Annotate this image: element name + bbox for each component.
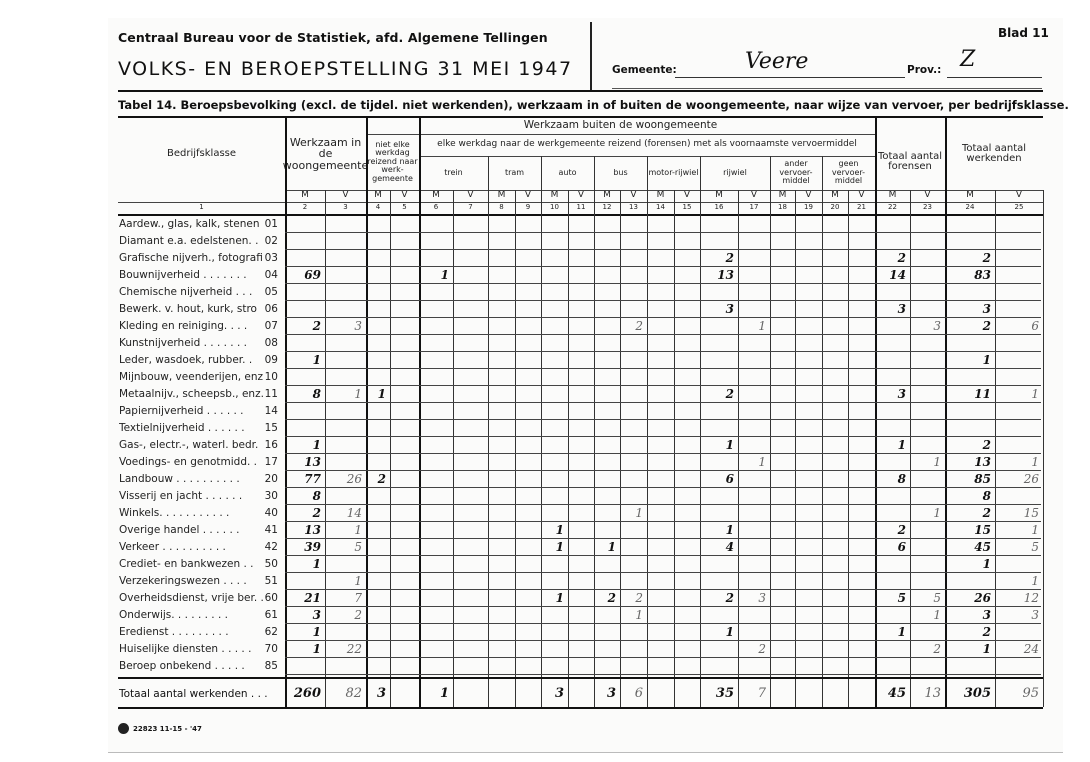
row-label: Bewerk. v. hout, kurk, stro06: [119, 301, 284, 318]
row-line: [285, 555, 1041, 556]
table-cell-value: 1: [738, 454, 770, 471]
header-rule: [118, 90, 1043, 92]
table-cell-value: 2: [875, 522, 910, 539]
row-line: [285, 266, 1041, 267]
column-number: 7: [453, 202, 488, 214]
row-label: Eredienst . . . . . . . . .62: [119, 624, 284, 641]
grid-line: [366, 134, 875, 135]
table-cell-value: 1: [285, 641, 325, 658]
row-code: 10: [263, 369, 278, 386]
form-title: VOLKS- EN BEROEPSTELLING 31 MEI 1947: [118, 58, 573, 80]
header-m: M: [770, 190, 795, 202]
page-edge: [108, 752, 1063, 753]
column-number: 9: [515, 202, 541, 214]
total-row-label: Totaal aantal werkenden . . .: [119, 688, 268, 700]
grid-line: [366, 118, 368, 707]
grid-line: [822, 190, 823, 707]
header-werkzaam-in-woongemeente: Werkzaam in de woongemeente: [285, 118, 366, 190]
header-totaal-forensen: Totaal aantal forensen: [875, 134, 945, 190]
table-cell-value: 2: [945, 318, 995, 335]
row-label: Chemische nijverheid . . .05: [119, 284, 284, 301]
table-cell-value: 3: [700, 301, 738, 318]
header-v: V: [910, 190, 945, 202]
row-code: 08: [263, 335, 278, 352]
table-cell-value: 1: [285, 437, 325, 454]
row-line: [285, 572, 1041, 573]
grid-line: [770, 156, 771, 190]
total-cell-value: 13: [910, 685, 945, 702]
total-cell-value: 1: [419, 685, 453, 702]
table-cell-value: 6: [995, 318, 1043, 335]
total-cell-value: 260: [285, 685, 325, 702]
header-m: M: [647, 190, 674, 202]
row-label: Bouwnijverheid . . . . . . .04: [119, 267, 284, 284]
table-cell-value: 83: [945, 267, 995, 284]
column-number: 12: [594, 202, 620, 214]
table-cell-value: 4: [700, 539, 738, 556]
table-cell-value: 69: [285, 267, 325, 284]
row-code: 61: [263, 607, 278, 624]
table-cell-value: 3: [325, 318, 366, 335]
row-label: Metaalnijv., scheepsb., enz.11: [119, 386, 284, 403]
row-line: [285, 385, 1041, 386]
row-line: [285, 538, 1041, 539]
header-m: M: [945, 190, 995, 202]
table-cell-value: 1: [594, 539, 620, 556]
table-cell-value: 3: [875, 301, 910, 318]
row-label: Winkels. . . . . . . . . . .40: [119, 505, 284, 522]
header-m: M: [700, 190, 738, 202]
column-number: 21: [848, 202, 875, 214]
row-line: [285, 368, 1041, 369]
total-cell-value: 45: [875, 685, 910, 702]
header-totaal-werkenden: Totaal aantal werkenden: [945, 118, 1043, 190]
table-cell-value: 2: [285, 318, 325, 335]
table-cell-value: 1: [995, 386, 1043, 403]
row-line: [285, 674, 1041, 675]
table-cell-value: 1: [945, 352, 995, 369]
grid-line: [419, 118, 421, 707]
table-cell-value: 1: [285, 352, 325, 369]
grid-line: [568, 190, 569, 707]
table-cell-value: 1: [910, 607, 945, 624]
table-cell-value: 13: [945, 454, 995, 471]
header-v: V: [674, 190, 700, 202]
grid-line: [594, 156, 595, 190]
print-code: 22823 11-15 - '47: [133, 725, 202, 733]
row-line: [285, 402, 1041, 403]
table-cell-value: 1: [541, 539, 568, 556]
grid-line: [795, 190, 796, 707]
header-v: V: [995, 190, 1043, 202]
table-cell-value: 26: [995, 471, 1043, 488]
row-label: Landbouw . . . . . . . . . .20: [119, 471, 284, 488]
column-number: 23: [910, 202, 945, 214]
header-motor: motor-rijwiel: [647, 156, 700, 190]
extra-field-line: [612, 88, 1042, 89]
grid-line: [620, 190, 621, 707]
row-line: [285, 351, 1041, 352]
row-label: Grafische nijverh., fotografie03: [119, 250, 284, 267]
table-caption: Tabel 14. Beroepsbevolking (excl. de tij…: [118, 98, 1069, 112]
municipality-label: Gemeente:: [612, 64, 677, 76]
header-m: M: [594, 190, 620, 202]
row-line: [285, 300, 1041, 301]
grid-line: [647, 190, 648, 707]
row-label: Mijnbouw, veenderijen, enz.10: [119, 369, 284, 386]
row-code: 60: [263, 590, 278, 607]
row-code: 03: [263, 250, 278, 267]
total-cell-value: 95: [995, 685, 1043, 702]
row-line: [285, 249, 1041, 250]
table-cell-value: 24: [995, 641, 1043, 658]
header-v: V: [568, 190, 594, 202]
row-label: Textielnijverheid . . . . . .15: [119, 420, 284, 437]
table-cell-value: 6: [700, 471, 738, 488]
grid-line: [875, 118, 877, 707]
table-cell-value: 2: [700, 386, 738, 403]
table-cell-value: 1: [325, 522, 366, 539]
row-label: Verkeer . . . . . . . . . .42: [119, 539, 284, 556]
table-cell-value: 26: [325, 471, 366, 488]
grid-line: [700, 156, 701, 190]
total-cell-value: 35: [700, 685, 738, 702]
row-line: [285, 436, 1041, 437]
table-cell-value: 11: [945, 386, 995, 403]
row-code: 07: [263, 318, 278, 335]
header-m: M: [419, 190, 453, 202]
header-werkzaam-buiten: Werkzaam buiten de woongemeente: [366, 118, 875, 134]
column-number: 14: [647, 202, 674, 214]
row-label: Overige handel . . . . . .41: [119, 522, 284, 539]
table-cell-value: 2: [366, 471, 390, 488]
column-number: 19: [795, 202, 822, 214]
province-value: Z: [960, 47, 975, 72]
row-label: Overheidsdienst, vrije ber. .60: [119, 590, 284, 607]
table-cell-value: 2: [700, 250, 738, 267]
table-cell-value: 2: [945, 250, 995, 267]
grid-line: [541, 190, 542, 707]
table-cell-value: 1: [875, 624, 910, 641]
header-v: V: [453, 190, 488, 202]
table-cell-value: 2: [620, 318, 647, 335]
grid-line: [118, 202, 1043, 203]
table-cell-value: 6: [875, 539, 910, 556]
table-cell-value: 14: [875, 267, 910, 284]
row-label: Verzekeringswezen . . . .51: [119, 573, 284, 590]
grid-line: [738, 190, 739, 707]
column-number: 25: [995, 202, 1043, 214]
row-label: Crediet- en bankwezen . .50: [119, 556, 284, 573]
table-cell-value: 1: [700, 522, 738, 539]
column-number: 5: [390, 202, 419, 214]
grid-line-bold: [118, 677, 1043, 679]
row-code: 14: [263, 403, 278, 420]
table-cell-value: 1: [325, 386, 366, 403]
table-cell-value: 1: [541, 590, 568, 607]
table-cell-value: 5: [875, 590, 910, 607]
table-cell-value: 1: [995, 522, 1043, 539]
table-cell-value: 1: [325, 573, 366, 590]
table-cell-value: 2: [594, 590, 620, 607]
total-cell-value: 305: [945, 685, 995, 702]
row-code: 85: [263, 658, 278, 675]
grid-line: [453, 190, 454, 707]
row-label: Leder, wasdoek, rubber. .09: [119, 352, 284, 369]
table-cell-value: 85: [945, 471, 995, 488]
table-cell-value: 1: [620, 607, 647, 624]
row-code: 02: [263, 233, 278, 250]
row-code: 15: [263, 420, 278, 437]
row-code: 01: [263, 216, 278, 233]
organization-name: Centraal Bureau voor de Statistiek, afd.…: [118, 30, 548, 45]
table-cell-value: 2: [910, 641, 945, 658]
table-cell-value: 8: [285, 488, 325, 505]
header-geen: geen vervoer-middel: [822, 156, 875, 190]
province-field-line: [947, 77, 1042, 78]
table-cell-value: 2: [285, 505, 325, 522]
table-cell-value: 1: [541, 522, 568, 539]
grid-line-bold: [118, 707, 1043, 709]
table-cell-value: 5: [910, 590, 945, 607]
table-cell-value: 26: [945, 590, 995, 607]
header-bus: bus: [594, 156, 647, 190]
column-number: 18: [770, 202, 795, 214]
table-cell-value: 3: [945, 301, 995, 318]
column-number: 6: [419, 202, 453, 214]
header-ander: ander vervoer-middel: [770, 156, 822, 190]
grid-line: [822, 156, 823, 190]
row-code: 70: [263, 641, 278, 658]
table-cell-value: 1: [738, 318, 770, 335]
table-cell-value: 1: [285, 556, 325, 573]
table-cell-value: 2: [945, 505, 995, 522]
row-label: Huiselijke diensten . . . . .70: [119, 641, 284, 658]
grid-line: [674, 190, 675, 707]
table-cell-value: 3: [910, 318, 945, 335]
grid-line: [910, 190, 911, 707]
grid-line: [488, 190, 489, 707]
table-cell-value: 3: [875, 386, 910, 403]
table-cell-value: 2: [700, 590, 738, 607]
row-label: Aardew., glas, kalk, stenen01: [119, 216, 284, 233]
column-number: 16: [700, 202, 738, 214]
row-code: 30: [263, 488, 278, 505]
table-cell-value: 5: [325, 539, 366, 556]
column-number: 2: [285, 202, 325, 214]
grid-line: [848, 190, 849, 707]
printer-logo-icon: [118, 723, 129, 734]
row-line: [285, 232, 1041, 233]
grid-line: [285, 190, 1043, 191]
table-cell-value: 39: [285, 539, 325, 556]
header-rijwiel: rijwiel: [700, 156, 770, 190]
row-code: 05: [263, 284, 278, 301]
print-stamp: 22823 11-15 - '47: [118, 723, 202, 734]
table-cell-value: 1: [620, 505, 647, 522]
total-cell-value: 3: [366, 685, 390, 702]
header-m: M: [875, 190, 910, 202]
row-label: Gas-, electr.-, waterl. bedr.16: [119, 437, 284, 454]
header-m: M: [488, 190, 515, 202]
table-cell-value: 1: [945, 641, 995, 658]
grid-line: [390, 190, 391, 707]
grid-line: [515, 190, 516, 707]
province-label: Prov.:: [907, 64, 941, 76]
table-cell-value: 13: [285, 454, 325, 471]
column-number: 13: [620, 202, 647, 214]
table-cell-value: 2: [620, 590, 647, 607]
header-divider: [590, 22, 592, 90]
grid-line: [647, 156, 648, 190]
header-m: M: [822, 190, 848, 202]
total-cell-value: 7: [738, 685, 770, 702]
table-cell-value: 8: [875, 471, 910, 488]
table-cell-value: 15: [945, 522, 995, 539]
table-cell-value: 3: [945, 607, 995, 624]
table-cell-value: 1: [910, 454, 945, 471]
table-cell-value: 1: [366, 386, 390, 403]
column-number: 17: [738, 202, 770, 214]
table-cell-value: 15: [995, 505, 1043, 522]
header-v: V: [738, 190, 770, 202]
table-cell-value: 2: [325, 607, 366, 624]
table-cell-value: 1: [875, 437, 910, 454]
table-cell-value: 45: [945, 539, 995, 556]
header-m: M: [541, 190, 568, 202]
table-cell-value: 8: [945, 488, 995, 505]
total-cell-value: 3: [541, 685, 568, 702]
table-cell-value: 12: [995, 590, 1043, 607]
row-code: 51: [263, 573, 278, 590]
row-label: Voedings- en genotmidd. .17: [119, 454, 284, 471]
table-cell-value: 1: [995, 454, 1043, 471]
row-label: Papiernijverheid . . . . . .14: [119, 403, 284, 420]
row-code: 09: [263, 352, 278, 369]
table-cell-value: 3: [738, 590, 770, 607]
row-code: 40: [263, 505, 278, 522]
row-label: Beroep onbekend . . . . .85: [119, 658, 284, 675]
header-v: V: [795, 190, 822, 202]
header-tram: tram: [488, 156, 541, 190]
header-elke-werkdag: elke werkdag naar de werkgemeente reizen…: [419, 134, 875, 156]
table-cell-value: 1: [995, 573, 1043, 590]
header-m: M: [366, 190, 390, 202]
grid-line: [1043, 190, 1044, 707]
table-cell-value: 1: [700, 624, 738, 641]
column-number: 8: [488, 202, 515, 214]
header-niet-elke-werkdag: niet elke werkdag reizend naar werk-geme…: [366, 134, 419, 190]
grid-line: [995, 190, 996, 707]
grid-line: [488, 156, 489, 190]
row-code: 41: [263, 522, 278, 539]
column-number: 24: [945, 202, 995, 214]
row-label: Kleding en reiniging. . . .07: [119, 318, 284, 335]
grid-line: [770, 190, 771, 707]
column-number: 22: [875, 202, 910, 214]
table-cell-value: 2: [945, 437, 995, 454]
table-cell-value: 77: [285, 471, 325, 488]
row-code: 42: [263, 539, 278, 556]
sheet-number: Blad 11: [998, 26, 1049, 40]
table-cell-value: 2: [738, 641, 770, 658]
table-cell-value: 2: [875, 250, 910, 267]
table-cell-value: 1: [945, 556, 995, 573]
row-code: 11: [263, 386, 278, 403]
total-cell-value: 82: [325, 685, 366, 702]
table-cell-value: 1: [910, 505, 945, 522]
grid-line: [541, 156, 542, 190]
table-cell-value: 1: [419, 267, 453, 284]
row-code: 20: [263, 471, 278, 488]
row-code: 06: [263, 301, 278, 318]
row-code: 50: [263, 556, 278, 573]
table-cell-value: 14: [325, 505, 366, 522]
header-trein: trein: [419, 156, 488, 190]
row-line: [285, 283, 1041, 284]
table-cell-value: 5: [995, 539, 1043, 556]
municipality-value: Veere: [745, 49, 808, 74]
row-code: 62: [263, 624, 278, 641]
header-v: V: [848, 190, 875, 202]
row-label: Diamant e.a. edelstenen. .02: [119, 233, 284, 250]
header-bedrijfsklasse: Bedrijfsklasse: [118, 118, 285, 190]
grid-line: [594, 190, 595, 707]
header-v: V: [325, 190, 366, 202]
column-number: 20: [822, 202, 848, 214]
table-cell-value: 7: [325, 590, 366, 607]
column-number: 3: [325, 202, 366, 214]
grid-line: [325, 190, 326, 707]
row-label: Onderwijs. . . . . . . . .61: [119, 607, 284, 624]
row-code: 17: [263, 454, 278, 471]
row-line: [285, 419, 1041, 420]
column-number: 11: [568, 202, 594, 214]
header-auto: auto: [541, 156, 594, 190]
row-code: 04: [263, 267, 278, 284]
table-cell-value: 2: [945, 624, 995, 641]
table-cell-value: 13: [285, 522, 325, 539]
table-cell-value: 22: [325, 641, 366, 658]
total-cell-value: 6: [620, 685, 647, 702]
header-v: V: [390, 190, 419, 202]
table-cell-value: 13: [700, 267, 738, 284]
column-number: 1: [118, 202, 285, 214]
total-cell-value: 3: [594, 685, 620, 702]
column-number: 10: [541, 202, 568, 214]
table-cell-value: 1: [700, 437, 738, 454]
row-label: Kunstnijverheid . . . . . . .08: [119, 335, 284, 352]
column-number: 4: [366, 202, 390, 214]
header-v: V: [515, 190, 541, 202]
table-cell-value: 3: [285, 607, 325, 624]
header-v: V: [620, 190, 647, 202]
header-m: M: [285, 190, 325, 202]
row-line: [285, 487, 1041, 488]
row-code: 16: [263, 437, 278, 454]
table-cell-value: 21: [285, 590, 325, 607]
row-label: Visserij en jacht . . . . . .30: [119, 488, 284, 505]
column-number: 15: [674, 202, 700, 214]
table-cell-value: 8: [285, 386, 325, 403]
municipality-field-line: [675, 77, 905, 78]
table-cell-value: 3: [995, 607, 1043, 624]
table-cell-value: 1: [285, 624, 325, 641]
